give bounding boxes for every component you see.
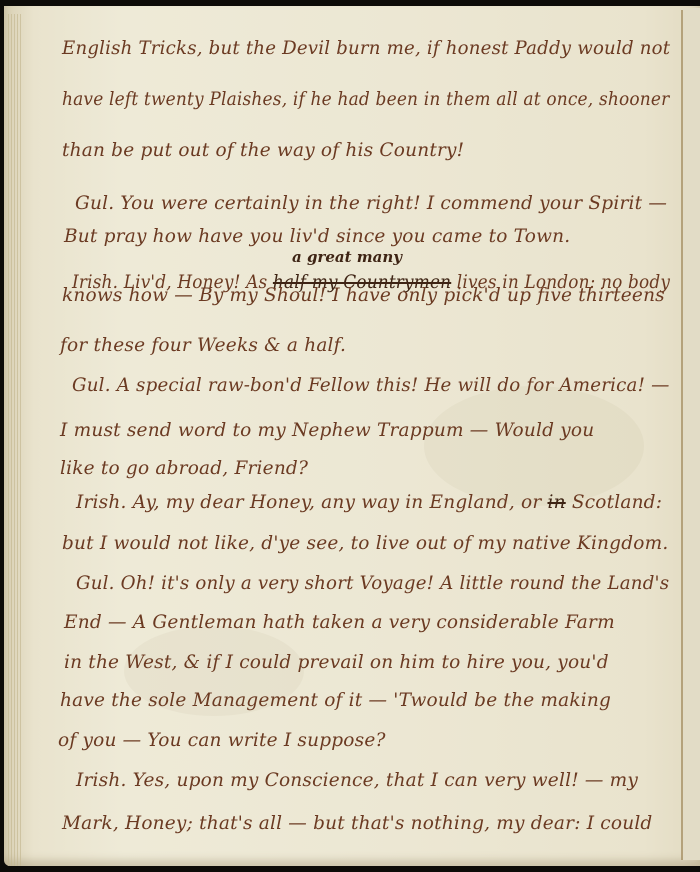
text-line: Irish. Ay, my dear Honey, any way in Eng… <box>76 492 662 513</box>
text-line: But pray how have you liv'd since you ca… <box>64 226 570 247</box>
inserted-text: a great many <box>292 248 402 266</box>
text-line: but I would not like, d'ye see, to live … <box>62 533 668 554</box>
text-line: Gul. You were certainly in the right! I … <box>75 193 667 214</box>
speaker-label: Irish. <box>76 492 127 513</box>
text-line: Irish. Yes, upon my Conscience, that I c… <box>76 770 638 791</box>
text-line: Mark, Honey; that's all — but that's not… <box>62 813 652 834</box>
text-line: have the sole Management of it — 'Twould… <box>60 690 611 711</box>
text-line: End — A Gentleman hath taken a very cons… <box>64 612 615 633</box>
text-line: Gul. A special raw-bon'd Fellow this! He… <box>72 375 670 396</box>
manuscript-text: English Tricks, but the Devil burn me, i… <box>0 0 700 872</box>
deleted-text: in <box>548 492 566 513</box>
speaker-label: Gul. <box>76 573 115 594</box>
speaker-label: Irish. <box>76 770 127 791</box>
text-line: like to go abroad, Friend? <box>60 458 308 479</box>
text-line: of you — You can write I suppose? <box>58 730 386 751</box>
text-line: in the West, & if I could prevail on him… <box>64 652 609 673</box>
speaker-label: Gul. <box>75 193 114 214</box>
text-line: knows how — By my Shoul! I have only pic… <box>62 285 665 306</box>
text-line: English Tricks, but the Devil burn me, i… <box>62 38 670 59</box>
speaker-label: Gul. <box>72 375 111 396</box>
text-line: I must send word to my Nephew Trappum — … <box>60 420 594 441</box>
text-line: than be put out of the way of his Countr… <box>62 140 464 161</box>
text-line: for these four Weeks & a half. <box>60 335 346 356</box>
text-line: have left twenty Plaishes, if he had bee… <box>62 89 669 110</box>
text-line: Gul. Oh! it's only a very short Voyage! … <box>76 573 669 594</box>
